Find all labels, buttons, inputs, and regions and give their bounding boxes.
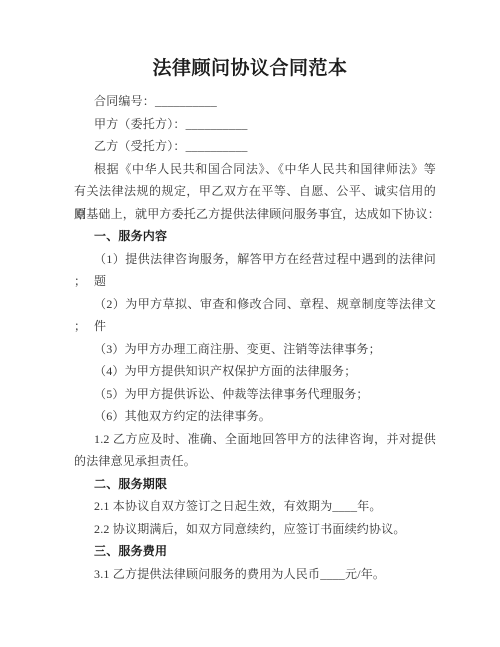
- section-heading: 三、服务费用: [74, 540, 436, 563]
- document-line: 1.2 乙方应及时、准确、全面地回答甲方的法律咨询，并对提供: [74, 428, 436, 451]
- document-line: 根据《中华人民共和国合同法》、《中华人民共和国律师法》等: [74, 158, 436, 181]
- document-line: （1）提供法律咨询服务，解答甲方在经营过程中遇到的法律问题: [74, 248, 436, 271]
- document-line: 有关法律法规的规定，甲乙双方在平等、自愿、公平、诚实信用的原: [74, 180, 436, 203]
- field-line: 合同编号：__________: [74, 90, 436, 113]
- section-heading: 一、服务内容: [74, 225, 436, 248]
- document-line: 的法律意见承担责任。: [74, 450, 436, 473]
- field-line: 乙方（受托方）：__________: [74, 135, 436, 158]
- field-line: 甲方（委托方）：__________: [74, 113, 436, 136]
- document-line: 则基础上，就甲方委托乙方提供法律顾问服务事宜，达成如下协议：: [74, 203, 436, 226]
- document-title: 法律顾问协议合同范本: [0, 56, 500, 82]
- document-line: 2.1 本协议自双方签订之日起生效，有效期为____年。: [74, 495, 436, 518]
- section-heading: 二、服务期限: [74, 473, 436, 496]
- document-line: 2.2 协议期满后，如双方同意续约，应签订书面续约协议。: [74, 518, 436, 541]
- document-line: ；: [74, 315, 436, 338]
- document-line: ；: [74, 270, 436, 293]
- document-line: （4）为甲方提供知识产权保护方面的法律服务；: [74, 360, 436, 383]
- document-line: （5）为甲方提供诉讼、仲裁等法律事务代理服务；: [74, 383, 436, 406]
- document-body: 合同编号：__________甲方（委托方）：__________乙方（受托方）…: [0, 90, 500, 585]
- document-line: （6）其他双方约定的法律事务。: [74, 405, 436, 428]
- document-line: 3.1 乙方提供法律顾问服务的费用为人民币____元/年。: [74, 563, 436, 586]
- document-line: （3）为甲方办理工商注册、变更、注销等法律事务；: [74, 338, 436, 361]
- document-line: （2）为甲方草拟、审查和修改合同、章程、规章制度等法律文件: [74, 293, 436, 316]
- contract-document-page: 法律顾问协议合同范本 合同编号：__________甲方（委托方）：______…: [0, 0, 500, 647]
